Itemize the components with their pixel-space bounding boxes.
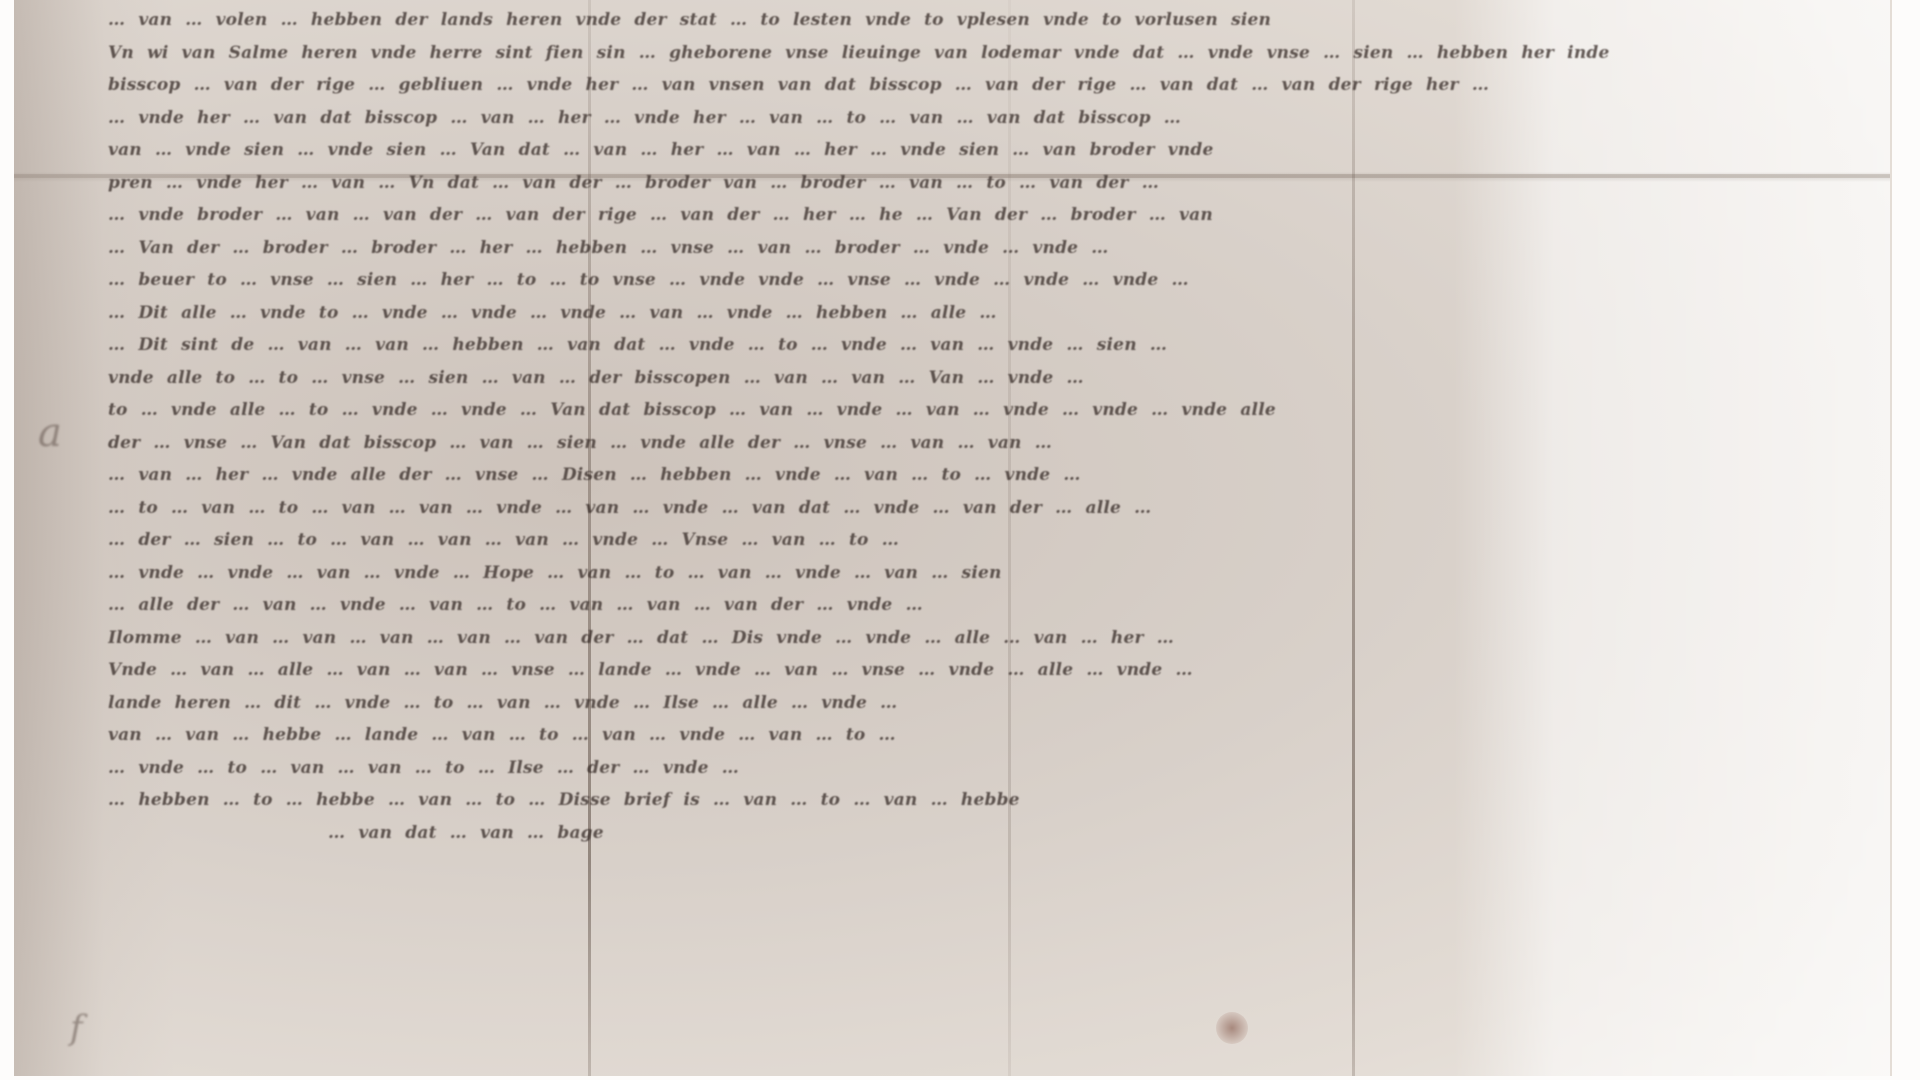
manuscript-line: … der … sien … to … van … van … van … vn… <box>108 524 1688 557</box>
manuscript-line: … van … her … vnde alle der … vnse … Dis… <box>108 459 1708 492</box>
margin-mark-lower: f <box>70 1008 83 1048</box>
manuscript-line: … Van der … broder … broder … her … hebb… <box>108 232 1748 265</box>
manuscript-line: van … vnde sien … vnde sien … Van dat … … <box>108 134 1758 167</box>
manuscript-line: … vnde her … van dat bisscop … van … her… <box>108 102 1758 135</box>
manuscript-line: lande heren … dit … vnde … to … van … vn… <box>108 687 1698 720</box>
ink-stain <box>1216 1012 1248 1044</box>
scan-border <box>0 1076 1920 1080</box>
manuscript-line: to … vnde alle … to … vnde … vnde … Van … <box>108 394 1748 427</box>
manuscript-line: … to … van … to … van … van … vnde … van… <box>108 492 1708 525</box>
manuscript-line: Vnde … van … alle … van … van … vnse … l… <box>108 654 1698 687</box>
handwritten-text-block: … van … volen … hebben der lands heren v… <box>108 4 1768 849</box>
manuscript-line: … beuer to … vnse … sien … her … to … to… <box>108 264 1758 297</box>
manuscript-line: … van dat … van … bage <box>108 817 1328 850</box>
manuscript-line: van … van … hebbe … lande … van … to … v… <box>108 719 1688 752</box>
manuscript-line: … Dit sint de … van … van … hebben … van… <box>108 329 1748 362</box>
manuscript-line: vnde alle to … to … vnse … sien … van … … <box>108 362 1758 395</box>
manuscript-line: … hebben … to … hebbe … van … to … Disse… <box>108 784 1688 817</box>
margin-mark-upper: a <box>38 410 62 456</box>
manuscript-line: … vnde broder … van … van der … van der … <box>108 199 1748 232</box>
manuscript-line: Ilomme … van … van … van … van … van der… <box>108 622 1698 655</box>
manuscript-line: … vnde … vnde … van … vnde … Hope … van … <box>108 557 1688 590</box>
manuscript-line: … alle der … van … vnde … van … to … van… <box>108 589 1688 622</box>
manuscript-line: … van … volen … hebben der lands heren v… <box>108 4 1768 37</box>
manuscript-line: der … vnse … Van dat bisscop … van … sie… <box>108 427 1728 460</box>
manuscript-line: pren … vnde her … van … Vn dat … van der… <box>108 167 1748 200</box>
manuscript-line: … Dit alle … vnde to … vnde … vnde … vnd… <box>108 297 1748 330</box>
manuscript-line: Vn wi van Salme heren vnde herre sint fi… <box>108 37 1768 70</box>
manuscript-line: bisscop … van der rige … gebliuen … vnde… <box>108 69 1758 102</box>
manuscript-line: … vnde … to … van … van … to … Ilse … de… <box>108 752 1688 785</box>
